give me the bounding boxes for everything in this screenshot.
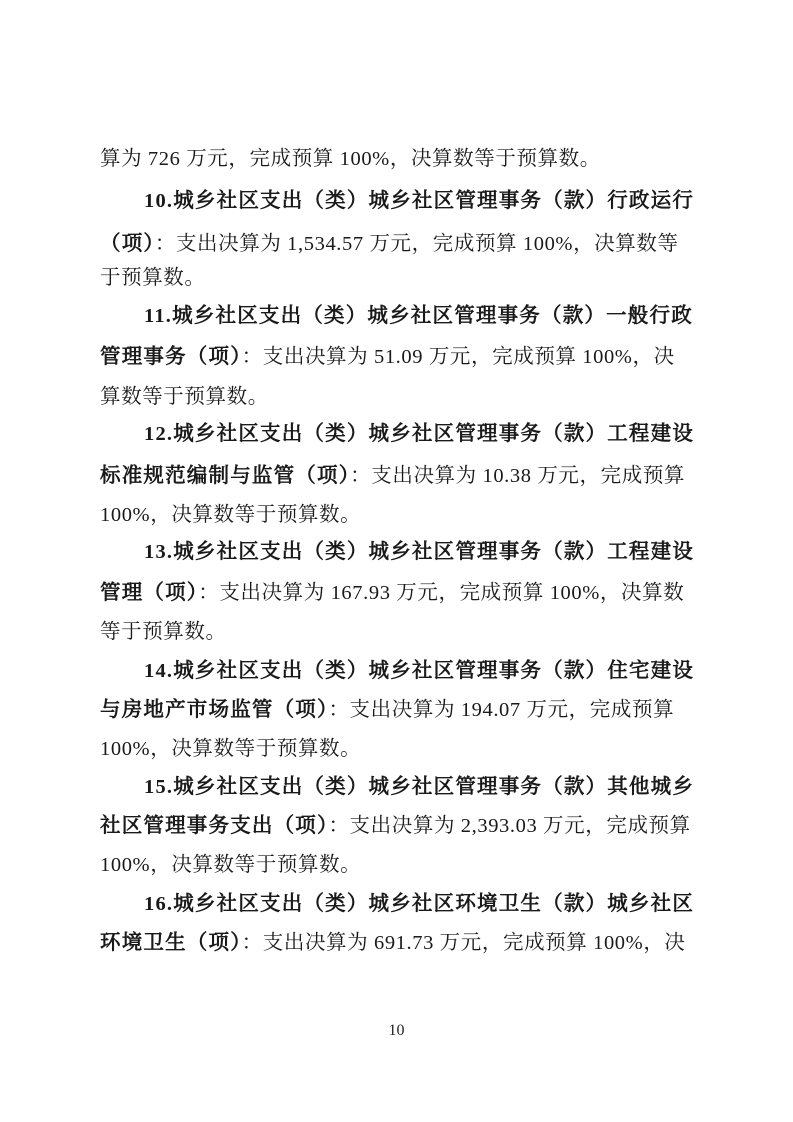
- section-heading-line: 13.城乡社区支出（类）城乡社区管理事务（款）工程建设: [144, 537, 694, 567]
- body-text: 100%，决算数等于预算数。: [100, 504, 361, 526]
- bold-label: 管理事务（项）: [100, 346, 242, 368]
- paragraph-line: 于预算数。: [100, 263, 206, 293]
- body-text: ：支出决算为 2,393.03 万元，完成预算: [328, 815, 690, 837]
- bold-label: 标准规范编制与监管（项）: [100, 465, 350, 487]
- section-heading-line: 10.城乡社区支出（类）城乡社区管理事务（款）行政运行: [144, 186, 694, 216]
- body-text: 100%，决算数等于预算数。: [100, 854, 361, 876]
- paragraph-line: 社区管理事务支出（项）：支出决算为 2,393.03 万元，完成预算: [100, 811, 691, 841]
- body-text: ：支出决算为 691.73 万元，完成预算 100%，决: [242, 932, 686, 954]
- section-heading-line: 12.城乡社区支出（类）城乡社区管理事务（款）工程建设: [144, 419, 694, 449]
- bold-label: 12.城乡社区支出（类）城乡社区管理事务（款）工程建设: [144, 423, 694, 445]
- section-heading-line: 15.城乡社区支出（类）城乡社区管理事务（款）其他城乡: [144, 772, 694, 802]
- paragraph-line: 100%，决算数等于预算数。: [100, 500, 361, 530]
- paragraph-line: 100%，决算数等于预算数。: [100, 734, 361, 764]
- bold-label: 11.城乡社区支出（类）城乡社区管理事务（款）一般行政: [144, 305, 693, 327]
- section-heading-line: 11.城乡社区支出（类）城乡社区管理事务（款）一般行政: [144, 301, 693, 331]
- body-text: ：支出决算为 51.09 万元，完成预算 100%，决: [242, 346, 675, 368]
- bold-label: 16.城乡社区支出（类）城乡社区环境卫生（款）城乡社区: [144, 893, 694, 915]
- paragraph-line: 环境卫生（项）：支出决算为 691.73 万元，完成预算 100%，决: [100, 928, 686, 958]
- body-text: 于预算数。: [100, 267, 206, 289]
- paragraph-line: 100%，决算数等于预算数。: [100, 850, 361, 880]
- bold-label: 13.城乡社区支出（类）城乡社区管理事务（款）工程建设: [144, 541, 694, 563]
- paragraph-line: 算为 726 万元，完成预算 100%，决算数等于预算数。: [100, 144, 601, 174]
- body-text: 算数等于预算数。: [100, 386, 269, 408]
- body-text: 算为 726 万元，完成预算 100%，决算数等于预算数。: [100, 148, 601, 170]
- bold-label: （项）: [100, 233, 155, 255]
- page-number: 10: [0, 1022, 793, 1040]
- section-heading-line: 14.城乡社区支出（类）城乡社区管理事务（款）住宅建设: [144, 656, 694, 686]
- bold-label: 社区管理事务支出（项）: [100, 815, 328, 837]
- body-text: ：支出决算为 194.07 万元，完成预算: [328, 699, 674, 721]
- bold-label: 15.城乡社区支出（类）城乡社区管理事务（款）其他城乡: [144, 776, 694, 798]
- paragraph-line: 等于预算数。: [100, 617, 227, 647]
- paragraph-line: 标准规范编制与监管（项）：支出决算为 10.38 万元，完成预算: [100, 461, 685, 491]
- paragraph-line: （项）：支出决算为 1,534.57 万元，完成预算 100%，决算数等: [100, 229, 679, 259]
- bold-label: 10.城乡社区支出（类）城乡社区管理事务（款）行政运行: [144, 190, 694, 212]
- bold-label: 与房地产市场监管（项）: [100, 699, 328, 721]
- bold-label: 管理（项）: [100, 582, 198, 604]
- body-text: 等于预算数。: [100, 621, 227, 643]
- bold-label: 14.城乡社区支出（类）城乡社区管理事务（款）住宅建设: [144, 660, 694, 682]
- paragraph-line: 与房地产市场监管（项）：支出决算为 194.07 万元，完成预算: [100, 695, 674, 725]
- body-text: ：支出决算为 1,534.57 万元，完成预算 100%，决算数等: [155, 233, 679, 255]
- bold-label: 环境卫生（项）: [100, 932, 242, 954]
- paragraph-line: 算数等于预算数。: [100, 382, 269, 412]
- body-text: ：支出决算为 10.38 万元，完成预算: [350, 465, 685, 487]
- body-text: 100%，决算数等于预算数。: [100, 738, 361, 760]
- paragraph-line: 管理事务（项）：支出决算为 51.09 万元，完成预算 100%，决: [100, 342, 675, 372]
- body-text: ：支出决算为 167.93 万元，完成预算 100%，决算数: [198, 582, 684, 604]
- paragraph-line: 管理（项）：支出决算为 167.93 万元，完成预算 100%，决算数: [100, 578, 684, 608]
- section-heading-line: 16.城乡社区支出（类）城乡社区环境卫生（款）城乡社区: [144, 889, 694, 919]
